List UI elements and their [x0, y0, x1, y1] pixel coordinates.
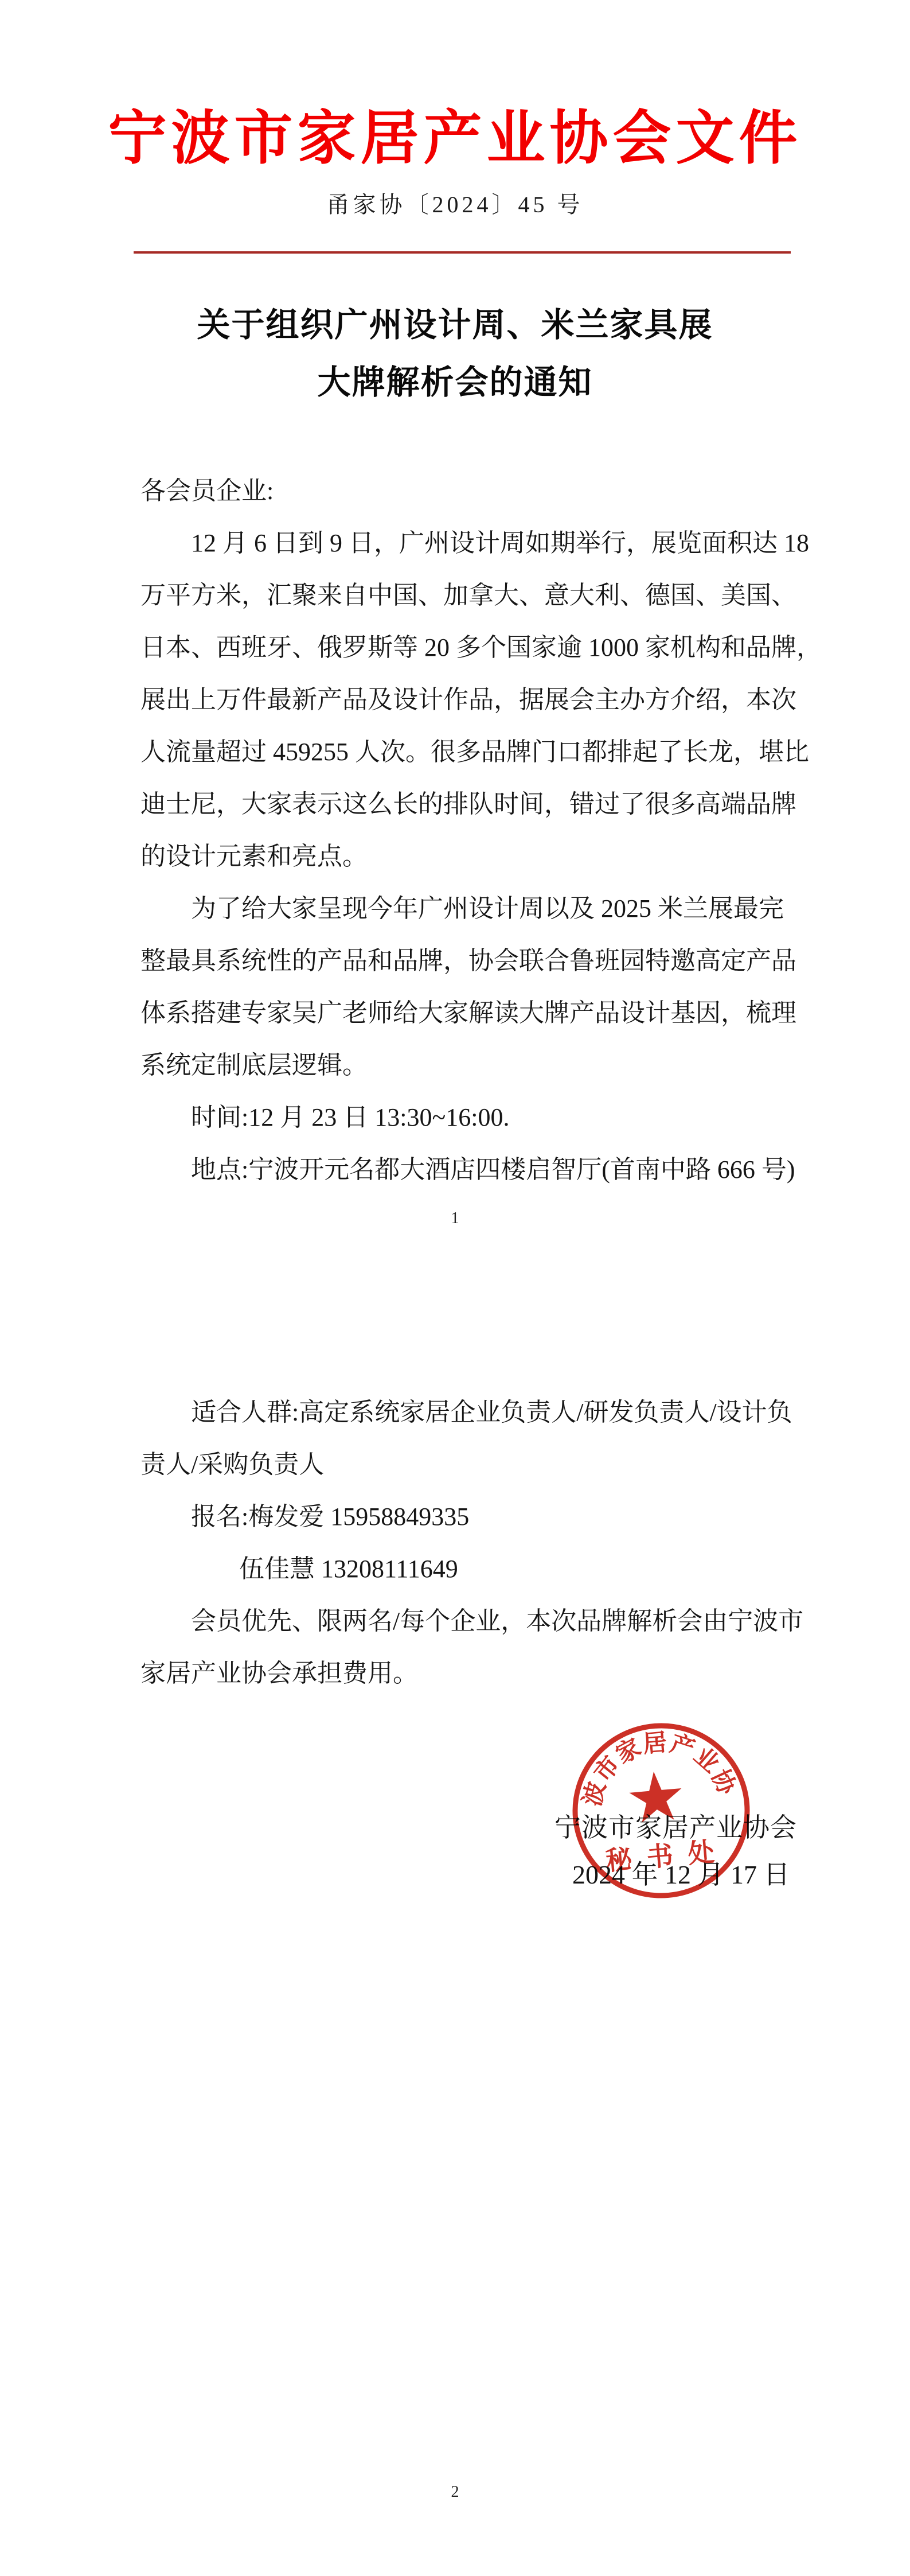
page1-number: 1 [0, 1209, 910, 1228]
notice-line: 会员优先、限两名/每个企业，本次品牌解析会由宁波市 [140, 1595, 777, 1647]
notice-line: 家居产业协会承担费用。 [140, 1647, 777, 1699]
official-document-scan: 宁波市家居产业协会文件 甬家协〔2024〕45 号 关于组织广州设计周、米兰家具… [0, 0, 910, 2576]
letterhead-org-title: 宁波市家居产业协会文件 [0, 102, 910, 174]
page1-body: 各会员企业: 12 月 6 日到 9 日，广州设计周如期举行，展览面积达 18 … [140, 465, 777, 1196]
body-line: 整最具系统性的产品和品牌，协会联合鲁班园特邀高定产品 [140, 935, 777, 987]
document-title-line1: 关于组织广州设计周、米兰家具展 [0, 305, 910, 345]
body-line: 展出上万件最新产品及设计作品，据展会主办方介绍，本次 [140, 674, 777, 726]
body-line: 系统定制底层逻辑。 [140, 1039, 777, 1091]
event-venue: 地点:宁波开元名都大酒店四楼启智厅(首南中路 666 号) [140, 1143, 777, 1196]
page2-body: 适合人群:高定系统家居企业负责人/研发负责人/设计负 责人/采购负责人 报名:梅… [140, 1386, 777, 1699]
document-number: 甬家协〔2024〕45 号 [0, 189, 910, 220]
signup-contact-2: 伍佳慧 13208111649 [140, 1543, 777, 1595]
audience-line: 适合人群:高定系统家居企业负责人/研发负责人/设计负 [140, 1386, 777, 1438]
body-line: 日本、西班牙、俄罗斯等 20 多个国家逾 1000 家机构和品牌， [140, 621, 777, 674]
seal-bottom-text: 秘书处 [604, 1836, 731, 1876]
salutation: 各会员企业: [140, 465, 777, 517]
audience-line: 责人/采购负责人 [140, 1438, 777, 1491]
signup-contact-1: 报名:梅发爱 15958849335 [140, 1491, 777, 1543]
star-icon [627, 1769, 684, 1823]
body-line: 为了给大家呈现今年广州设计周以及 2025 米兰展最完 [140, 882, 777, 935]
official-seal: 宁波市家居产业协会 秘书处 [562, 1711, 761, 1910]
body-line: 的设计元素和亮点。 [140, 830, 777, 882]
letterhead-rule [134, 251, 791, 254]
body-line: 12 月 6 日到 9 日，广州设计周如期举行，展览面积达 18 [140, 517, 777, 569]
document-title-line2: 大牌解析会的通知 [0, 363, 910, 403]
body-line: 人流量超过 459255 人次。很多品牌门口都排起了长龙，堪比 [140, 726, 777, 778]
body-line: 迪士尼，大家表示这么长的排队时间，错过了很多高端品牌 [140, 778, 777, 830]
page2-number: 2 [0, 2483, 910, 2501]
body-line: 体系搭建专家吴广老师给大家解读大牌产品设计基因，梳理 [140, 987, 777, 1039]
event-time: 时间:12 月 23 日 13:30~16:00. [140, 1091, 777, 1143]
body-line: 万平方米，汇聚来自中国、加拿大、意大利、德国、美国、 [140, 569, 777, 621]
